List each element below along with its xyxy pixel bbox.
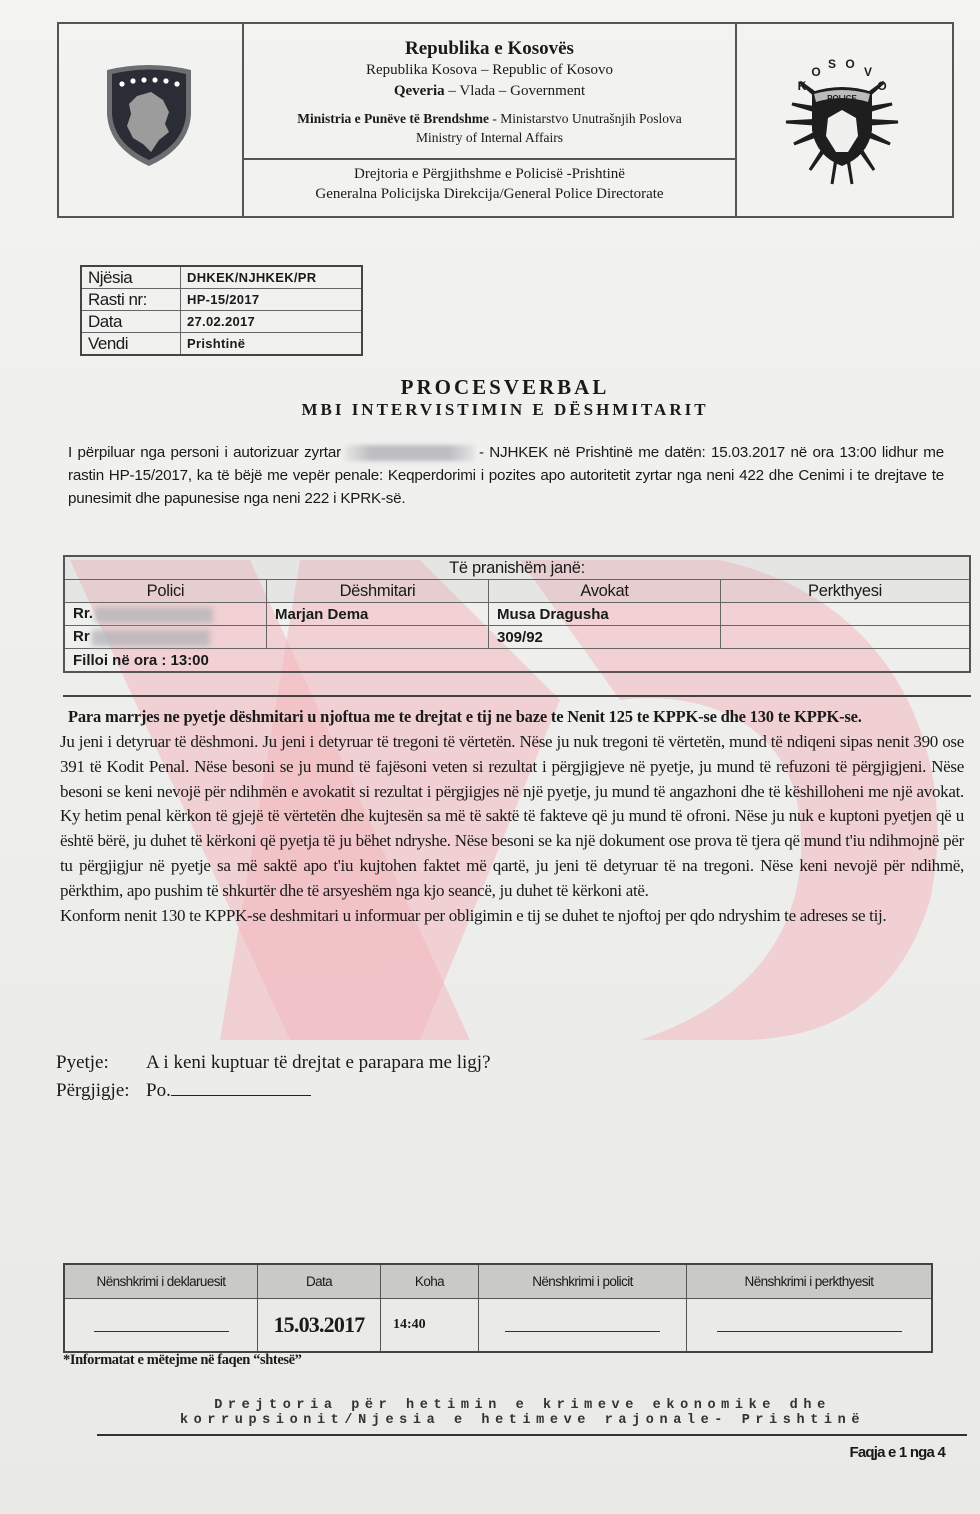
svg-text:O: O [845, 57, 854, 71]
attendees-header-row: Polici Dëshmitari Avokat Perkthyesi [64, 580, 970, 603]
case-info-row: Data27.02.2017 [81, 311, 362, 333]
signature-time: 14:40 [381, 1299, 479, 1353]
letterhead-divider [242, 158, 737, 160]
additional-info-note: *Informatat e mëtejme në faqen “shtesë” [63, 1352, 301, 1369]
ministry-english: Ministry of Internal Affairs [242, 130, 737, 146]
signature-table: Nënshkrimi i deklaruesit Data Koha Nënsh… [63, 1263, 933, 1353]
footer-department: Drejtoria për hetimin e krimeve ekonomik… [100, 1398, 945, 1428]
section-divider [63, 695, 971, 697]
intro-paragraph: I përpiluar nga personi i autorizuar zyr… [68, 441, 944, 510]
svg-text:POLICE: POLICE [827, 94, 857, 103]
directorate-albanian: Drejtoria e Përgjithshme e Policisë -Pri… [242, 164, 737, 184]
case-info-table: NjësiaDHKEK/NJHKEK/PR Rasti nr:HP-15/201… [80, 265, 363, 356]
question-line: Pyetje:A i keni kuptuar të drejtat e par… [56, 1049, 491, 1077]
page-number: Faqja e 1 nga 4 [849, 1444, 945, 1461]
signature-header-row: Nënshkrimi i deklaruesit Data Koha Nënsh… [64, 1264, 932, 1299]
rights-notice: Para marrjes ne pyetje dëshmitari u njof… [68, 706, 958, 728]
translator-signature [687, 1299, 933, 1353]
country-name: Republika e Kosovës [242, 38, 737, 60]
kosovo-police-emblem-icon: POLICE KOS OVO [772, 44, 912, 194]
ministry-line: Ministria e Punëve të Brendshme - Minist… [242, 108, 737, 130]
letterhead: Republika e Kosovës Republika Kosova – R… [57, 22, 954, 218]
svg-text:K: K [798, 79, 807, 93]
declarant-signature [64, 1299, 258, 1353]
witness-rights-text: Ju jeni i detyruar të dëshmoni. Ju jeni … [60, 730, 964, 928]
footer-rule [97, 1434, 967, 1436]
letterhead-center-cell: Republika e Kosovës Republika Kosova – R… [242, 24, 737, 216]
letterhead-left-cell [59, 24, 244, 216]
directorate-multilingual: Generalna Policijska Direkcija/General P… [242, 184, 737, 204]
document-title: PROCESVERBAL [0, 375, 980, 400]
svg-text:O: O [877, 79, 886, 93]
start-time: Filloi në ora : 13:00 [64, 649, 970, 673]
document-subtitle: MBI INTERVISTIMIN E DËSHMITARIT [0, 400, 980, 420]
case-info-row: Rasti nr:HP-15/2017 [81, 289, 362, 311]
table-row: Rr 309/92 [64, 626, 970, 649]
svg-text:O: O [811, 65, 820, 79]
letterhead-right-cell: POLICE KOS OVO [735, 24, 952, 216]
signature-date: 15.03.2017 [258, 1299, 381, 1353]
police-signature [479, 1299, 687, 1353]
signature-row: 15.03.2017 14:40 [64, 1299, 932, 1353]
government-line: Qeveria – Vlada – Government [242, 81, 737, 102]
redacted-name [345, 445, 475, 461]
answer-line: Përgjigje:Po. [56, 1077, 491, 1105]
attendees-heading: Të pranishëm janë: [64, 556, 970, 580]
redacted-officer-name [95, 607, 213, 623]
svg-text:V: V [864, 65, 872, 79]
answer-signature-line [171, 1077, 311, 1096]
case-info-row: VendiPrishtinë [81, 333, 362, 356]
question-answer: Pyetje:A i keni kuptuar të drejtat e par… [56, 1049, 491, 1105]
attendees-table: Të pranishëm janë: Polici Dëshmitari Avo… [63, 555, 971, 673]
svg-text:S: S [828, 57, 836, 71]
table-row: Rr. Marjan Dema Musa Dragusha [64, 603, 970, 626]
redacted-officer-name [92, 630, 210, 646]
kosovo-coat-of-arms-icon [103, 62, 195, 168]
case-info-row: NjësiaDHKEK/NJHKEK/PR [81, 266, 362, 289]
country-name-multilingual: Republika Kosova – Republic of Kosovo [242, 60, 737, 81]
